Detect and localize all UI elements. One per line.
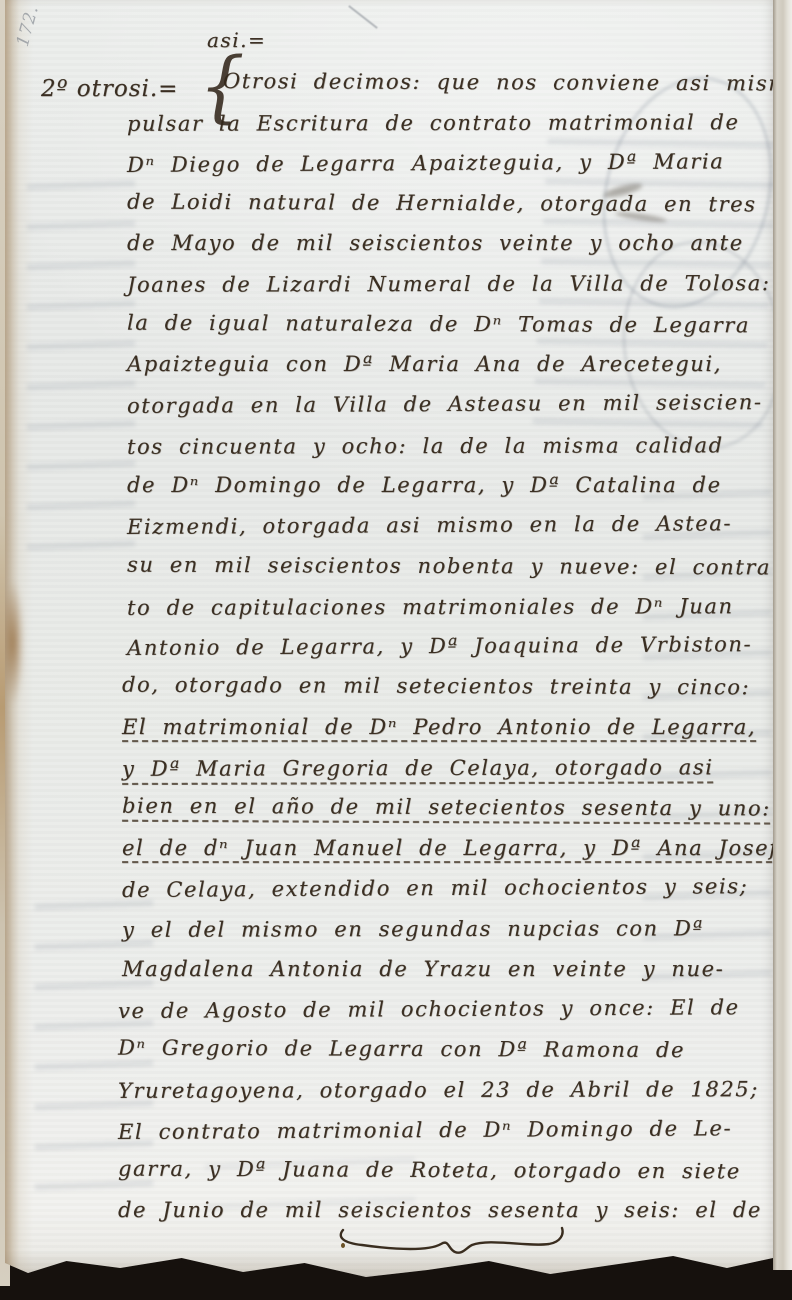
manuscript-line: Dⁿ Diego de Legarra Apaizteguia, y Dª Ma… [127,141,767,185]
manuscript-line: de Celaya, extendido en mil ochocientos … [122,866,767,910]
manuscript-line: su en mil seiscientos nobenta y nueve: e… [127,544,767,587]
manuscript-line: Eizmendi, otorgada asi mismo en la de As… [127,503,767,547]
manuscript-line: El matrimonial de Dⁿ Pedro Antonio de Le… [122,707,767,747]
manuscript-line: El contrato matrimonial de Dⁿ Domingo de… [118,1108,767,1152]
manuscript-line: Magdalena Antonia de Yrazu en veinte y n… [122,949,767,989]
manuscript-line: de Dⁿ Domingo de Legarra, y Dª Catalina … [127,465,767,505]
manuscript-line: de Mayo de mil seiscientos veinte y ocho… [127,223,767,263]
manuscript-line: Otrosi decimos: que nos conviene asi mis… [127,61,767,104]
end-flourish [335,1224,570,1264]
manuscript-line: y el del mismo en segundas nupcias con D… [122,908,767,950]
manuscript-line: Dⁿ Gregorio de Legarra con Dª Ramona de [118,1028,767,1071]
manuscript-text: Otrosi decimos: que nos conviene asi mis… [127,62,767,1231]
manuscript-line: Joanes de Lizardi Numeral de la Villa de… [127,264,767,306]
manuscript-line: ve de Agosto de mil ochocientos y once: … [118,987,767,1031]
adjacent-page-edge [773,0,792,1270]
manuscript-line: pulsar la Escritura de contrato matrimon… [127,102,767,144]
manuscript-line: y Dª Maria Gregoria de Celaya, otorgado … [122,747,767,789]
manuscript-line: otorgada en la Villa de Asteasu en mil s… [127,382,767,426]
manuscript-line: tos cincuenta y ocho: la de la misma cal… [127,425,767,467]
pencil-stroke [348,5,378,29]
manuscript-line: la de igual naturaleza de Dⁿ Tomas de Le… [127,302,767,345]
manuscript-page: 172. asi.= 2º otrosi.= { Otrosi decimos:… [0,0,792,1300]
manuscript-line: do, otorgado en mil setecientos treinta … [122,665,767,708]
manuscript-line: to de capitulaciones matrimoniales de Dⁿ… [127,586,767,628]
manuscript-line: Yruretagoyena, otorgado el 23 de Abril d… [118,1070,767,1112]
manuscript-line: Apaizteguia con Dª Maria Ana de Areceteg… [127,344,767,384]
manuscript-line: de Loidi natural de Hernialde, otorgada … [127,181,767,224]
manuscript-line: el de dⁿ Juan Manuel de Legarra, y Dª An… [122,828,767,868]
manuscript-line: bien en el año de mil setecientos sesent… [122,786,767,829]
manuscript-line: garra, y Dª Juana de Roteta, otorgado en… [118,1149,767,1192]
manuscript-line: Antonio de Legarra, y Dª Joaquina de Vrb… [127,624,767,668]
bleedthrough-writing-mark [27,160,135,580]
paper-sheet: 172. asi.= 2º otrosi.= { Otrosi decimos:… [5,0,773,1286]
